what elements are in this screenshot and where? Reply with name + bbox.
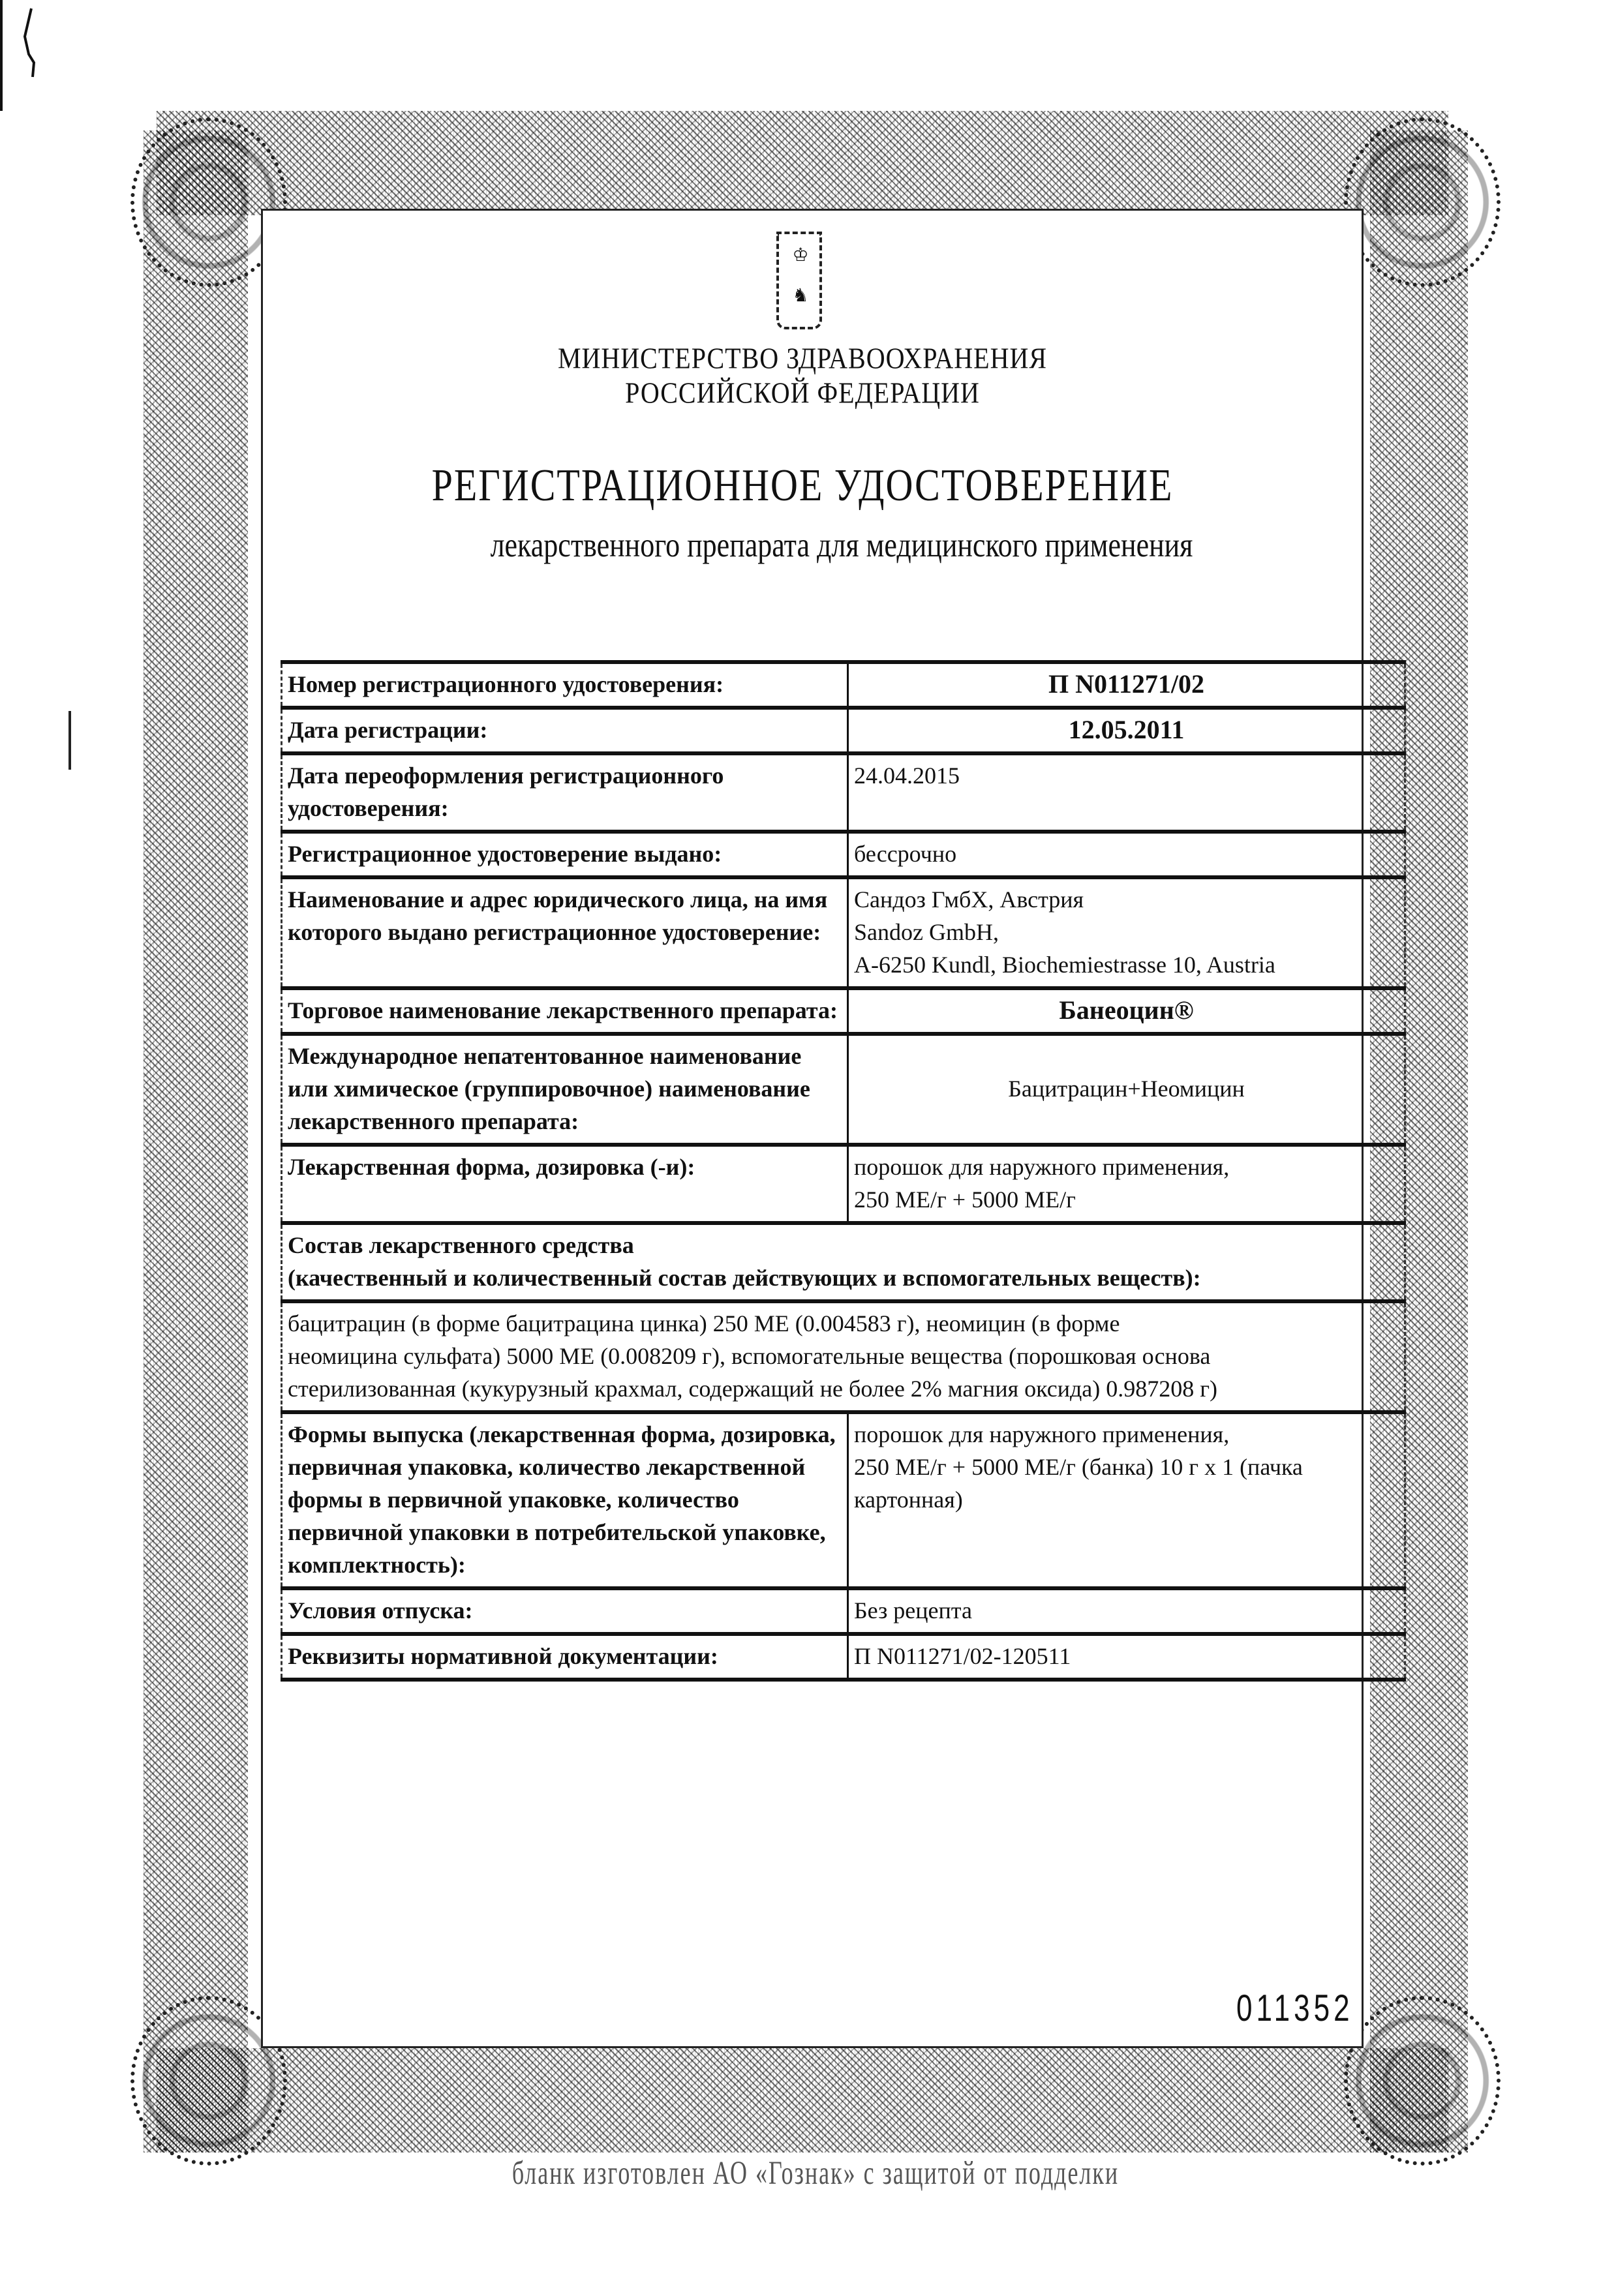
row-label: Регистрационное удостоверение выдано: <box>282 832 848 877</box>
dispensing-value: Без рецепта <box>848 1588 1405 1634</box>
row-label: Торговое наименование лекарственного пре… <box>282 988 848 1034</box>
table-row-trade-name: Торговое наименование лекарственного пре… <box>282 988 1405 1034</box>
blank-serial-number: 011352 <box>1236 1988 1354 2031</box>
dosage-form-value: порошок для наружного применения, 250 МЕ… <box>848 1145 1405 1223</box>
ministry-name: МИНИСТЕРСТВО ЗДРАВООХРАНЕНИЯ РОССИЙСКОЙ … <box>457 341 1148 410</box>
document-title: РЕГИСТРАЦИОННОЕ УДОСТОВЕРЕНИЕ <box>391 459 1213 511</box>
eagle-icon: ♔ <box>791 246 810 265</box>
corner-rosette-icon <box>1344 117 1501 287</box>
table-row-normative-docs: Реквизиты нормативной документации: П N0… <box>282 1634 1405 1680</box>
row-label: Наименование и адрес юридического лица, … <box>282 877 848 988</box>
row-label: Дата переоформления регистрационного удо… <box>282 753 848 832</box>
validity-value: бессрочно <box>848 832 1405 877</box>
normative-docs-value: П N011271/02-120511 <box>848 1634 1405 1680</box>
inn-value: Бацитрацин+Неомицин <box>848 1034 1405 1145</box>
table-row-composition-heading: Состав лекарственного средства (качестве… <box>282 1223 1405 1301</box>
document-subtitle: лекарственного препарата для медицинског… <box>385 525 1298 565</box>
reissue-date-value: 24.04.2015 <box>848 753 1405 832</box>
row-label: Номер регистрационного удостоверения: <box>282 662 848 708</box>
trade-name-value: Банеоцин® <box>848 988 1405 1034</box>
row-label: Формы выпуска (лекарственная форма, дози… <box>282 1412 848 1588</box>
certificate-table: Номер регистрационного удостоверения: П … <box>281 660 1406 1682</box>
ministry-line-2: РОССИЙСКОЙ ФЕДЕРАЦИИ <box>457 376 1148 410</box>
corner-rosette-icon <box>1344 1996 1501 2166</box>
release-forms-value: порошок для наружного применения, 250 МЕ… <box>848 1412 1405 1588</box>
composition-text: бацитрацин (в форме бацитрацина цинка) 2… <box>282 1301 1405 1412</box>
table-row-reissue-date: Дата переоформления регистрационного удо… <box>282 753 1405 832</box>
row-label: Международное непатентованное наименован… <box>282 1034 848 1145</box>
table-row-registration-date: Дата регистрации: 12.05.2011 <box>282 708 1405 753</box>
table-row-composition-text: бацитрацин (в форме бацитрацина цинка) 2… <box>282 1301 1405 1412</box>
scan-margin-mark <box>69 711 71 770</box>
scan-edge-line <box>0 0 3 111</box>
table-row-dosage-form: Лекарственная форма, дозировка (-и): пор… <box>282 1145 1405 1223</box>
row-label: Реквизиты нормативной документации: <box>282 1634 848 1680</box>
ministry-line-1: МИНИСТЕРСТВО ЗДРАВООХРАНЕНИЯ <box>457 341 1148 376</box>
registration-date-value: 12.05.2011 <box>848 708 1405 753</box>
frame-border-top <box>157 111 1448 215</box>
row-label: Условия отпуска: <box>282 1588 848 1634</box>
registration-number-value: П N011271/02 <box>848 662 1405 708</box>
frame-border-bottom <box>157 2048 1448 2152</box>
table-row-registration-number: Номер регистрационного удостоверения: П … <box>282 662 1405 708</box>
row-label: Дата регистрации: <box>282 708 848 753</box>
coat-of-arms-icon: ♔ ♞ <box>776 232 822 329</box>
table-row-dispensing: Условия отпуска: Без рецепта <box>282 1588 1405 1634</box>
rider-icon: ♞ <box>791 280 810 312</box>
table-row-validity: Регистрационное удостоверение выдано: бе… <box>282 832 1405 877</box>
holder-value: Сандоз ГмбХ, Австрия Sandoz GmbH, A-6250… <box>848 877 1405 988</box>
row-label: Лекарственная форма, дозировка (-и): <box>282 1145 848 1223</box>
handwritten-mark-icon <box>20 5 52 83</box>
table-row-holder: Наименование и адрес юридического лица, … <box>282 877 1405 988</box>
blank-footer-text: бланк изготовлен АО «Гознак» с защитой о… <box>300 2154 1331 2192</box>
table-row-inn: Международное непатентованное наименован… <box>282 1034 1405 1145</box>
table-row-release-forms: Формы выпуска (лекарственная форма, дози… <box>282 1412 1405 1588</box>
composition-heading: Состав лекарственного средства (качестве… <box>282 1223 1405 1301</box>
frame-border-left <box>144 130 248 2152</box>
